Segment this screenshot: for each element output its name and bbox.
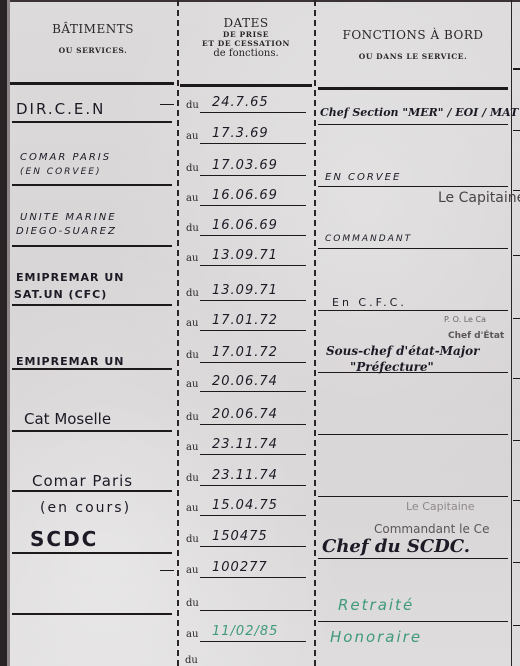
date-from-label: du (186, 473, 199, 484)
margin-tick (513, 440, 520, 441)
function-line (318, 434, 508, 435)
header-functions-subtitle: OU DANS LE SERVICE. (318, 52, 508, 61)
date-underline (200, 577, 306, 578)
function-line (318, 621, 508, 622)
date-to-value: 20.06.74 (212, 374, 278, 389)
binding-edge (0, 0, 7, 666)
header-rule-4 (513, 68, 520, 70)
date-underline (200, 454, 306, 455)
function-text: "Préfecture" (350, 360, 434, 374)
date-from-label: du (186, 534, 199, 545)
date-to-value: 13.09.71 (212, 248, 278, 263)
margin-tick (513, 255, 520, 256)
stamp-text: Le Capitaine (438, 190, 520, 206)
date-from-label: du (186, 223, 199, 234)
date-to-value: 15.04.75 (212, 498, 278, 513)
margin-tick (160, 570, 174, 571)
function-text: Sous-chef d'état-Major (326, 344, 479, 358)
date-underline (200, 391, 306, 392)
function-line (318, 496, 508, 497)
date-from-value: 16.06.69 (212, 218, 278, 233)
date-to-label: au (186, 131, 198, 142)
date-underline (200, 515, 306, 516)
function-line (318, 310, 508, 311)
service-name-note: (en cours) (40, 500, 131, 516)
date-underline (200, 300, 306, 301)
date-to-value: 100277 (212, 560, 268, 575)
date-to-value: 23.11.74 (212, 437, 278, 452)
service-name: COMAR PARIS (20, 152, 111, 163)
date-to-value: 11/02/85 (212, 624, 278, 639)
date-to-value: 17.3.69 (212, 126, 269, 141)
margin-tick (513, 625, 520, 626)
header-rule-1 (10, 82, 174, 85)
header-functions-title: FONCTIONS À BORD (318, 28, 508, 42)
service-line (12, 304, 172, 306)
date-underline (200, 641, 306, 642)
function-text: Chef Section "MER" / EOI / MAT (320, 106, 518, 119)
date-to-label: au (186, 565, 198, 576)
column-divider-3 (511, 0, 512, 666)
date-from-value: 20.06.74 (212, 407, 278, 422)
date-to-value: 16.06.69 (212, 188, 278, 203)
document-page: BÂTIMENTS OU SERVICES. DATES DE PRISE ET… (0, 0, 520, 666)
date-underline (200, 175, 306, 176)
function-text-retired: Retraité (338, 596, 414, 614)
function-text: EN CORVEE (325, 172, 401, 183)
service-name-note: (EN CORVEE) (20, 167, 101, 177)
header-services: BÂTIMENTS OU SERVICES. (12, 22, 174, 55)
date-from-value: 23.11.74 (212, 468, 278, 483)
date-from-label: du (185, 655, 198, 666)
function-text: En C.F.C. (332, 296, 407, 309)
top-border (10, 0, 520, 2)
date-to-value: 17.01.72 (212, 313, 278, 328)
service-line (12, 613, 172, 615)
service-name: DIEGO-SUAREZ (16, 226, 117, 237)
date-from-label: du (186, 288, 199, 299)
header-dates: DATES DE PRISE ET DE CESSATION de foncti… (180, 16, 312, 59)
function-line (318, 124, 508, 125)
service-name: SCDC (30, 527, 98, 551)
date-to-label: au (186, 442, 198, 453)
date-underline (200, 485, 306, 486)
date-from-value: 13.09.71 (212, 283, 278, 298)
date-to-label: au (186, 318, 198, 329)
date-from-value: 17.03.69 (212, 158, 278, 173)
service-name: SAT.UN (CFC) (14, 288, 107, 301)
stamp-text: Commandant le Ce (374, 522, 489, 536)
date-to-label: au (186, 193, 198, 204)
function-text: Chef du SCDC. (322, 536, 470, 557)
header-dates-title: DATES (180, 16, 312, 30)
date-from-value: 17.01.72 (212, 345, 278, 360)
date-underline (200, 112, 306, 113)
stamp-text: P. O. Le Ca (444, 315, 486, 324)
column-divider-2 (314, 0, 316, 666)
header-dates-line4: de fonctions. (180, 48, 312, 59)
date-from-label: du (186, 100, 199, 111)
date-to-label: au (186, 379, 198, 390)
margin-tick (513, 378, 520, 379)
date-underline (200, 143, 306, 144)
date-underline (200, 265, 306, 266)
date-underline (200, 235, 306, 236)
stamp-text: Le Capitaine (406, 500, 475, 513)
service-name: UNITE MARINE (20, 212, 117, 223)
service-line (12, 245, 172, 247)
header-functions: FONCTIONS À BORD OU DANS LE SERVICE. (318, 28, 508, 61)
function-line (318, 186, 508, 187)
function-text: COMMANDANT (325, 234, 412, 244)
service-name: EMIPREMAR UN (16, 355, 125, 368)
date-from-value: 24.7.65 (212, 95, 269, 110)
service-name: Cat Moselle (24, 410, 111, 428)
column-divider-1 (177, 0, 179, 666)
service-name: EMIPREMAR UN (16, 271, 125, 284)
margin-tick (513, 318, 520, 319)
service-line (12, 368, 172, 370)
function-text-honorary: Honoraire (330, 628, 422, 646)
date-underline (200, 424, 306, 425)
margin-tick (513, 130, 520, 131)
date-underline (200, 610, 306, 611)
date-from-label: du (186, 412, 199, 423)
margin-tick (513, 562, 520, 563)
date-underline (200, 205, 306, 206)
stamp-text: Chef d'État (448, 331, 504, 341)
function-line (318, 558, 508, 559)
date-from-label: du (186, 350, 199, 361)
service-line (12, 430, 172, 432)
service-line (12, 490, 172, 492)
date-to-label: au (186, 503, 198, 514)
service-line (12, 552, 172, 554)
date-underline (200, 362, 306, 363)
function-line (318, 248, 508, 249)
header-services-subtitle: OU SERVICES. (12, 46, 174, 55)
date-to-label: au (186, 629, 198, 640)
header-dates-line2: DE PRISE (180, 30, 312, 39)
date-from-value: 150475 (212, 529, 268, 544)
service-line (12, 184, 172, 186)
header-rule-3 (318, 87, 508, 90)
header-dates-line3: ET DE CESSATION (180, 39, 312, 48)
service-name: Comar Paris (32, 472, 133, 490)
margin-tick (513, 500, 520, 501)
date-underline (200, 546, 306, 547)
date-to-label: au (186, 253, 198, 264)
date-underline (200, 330, 306, 331)
date-from-label: du (186, 598, 199, 609)
service-name: DIR.C.E.N (16, 100, 105, 118)
service-line (12, 121, 172, 123)
header-rule-2 (180, 84, 312, 87)
header-services-title: BÂTIMENTS (12, 22, 174, 36)
margin-tick (160, 104, 174, 105)
binding-edge-shadow (7, 0, 10, 666)
date-from-label: du (186, 163, 199, 174)
